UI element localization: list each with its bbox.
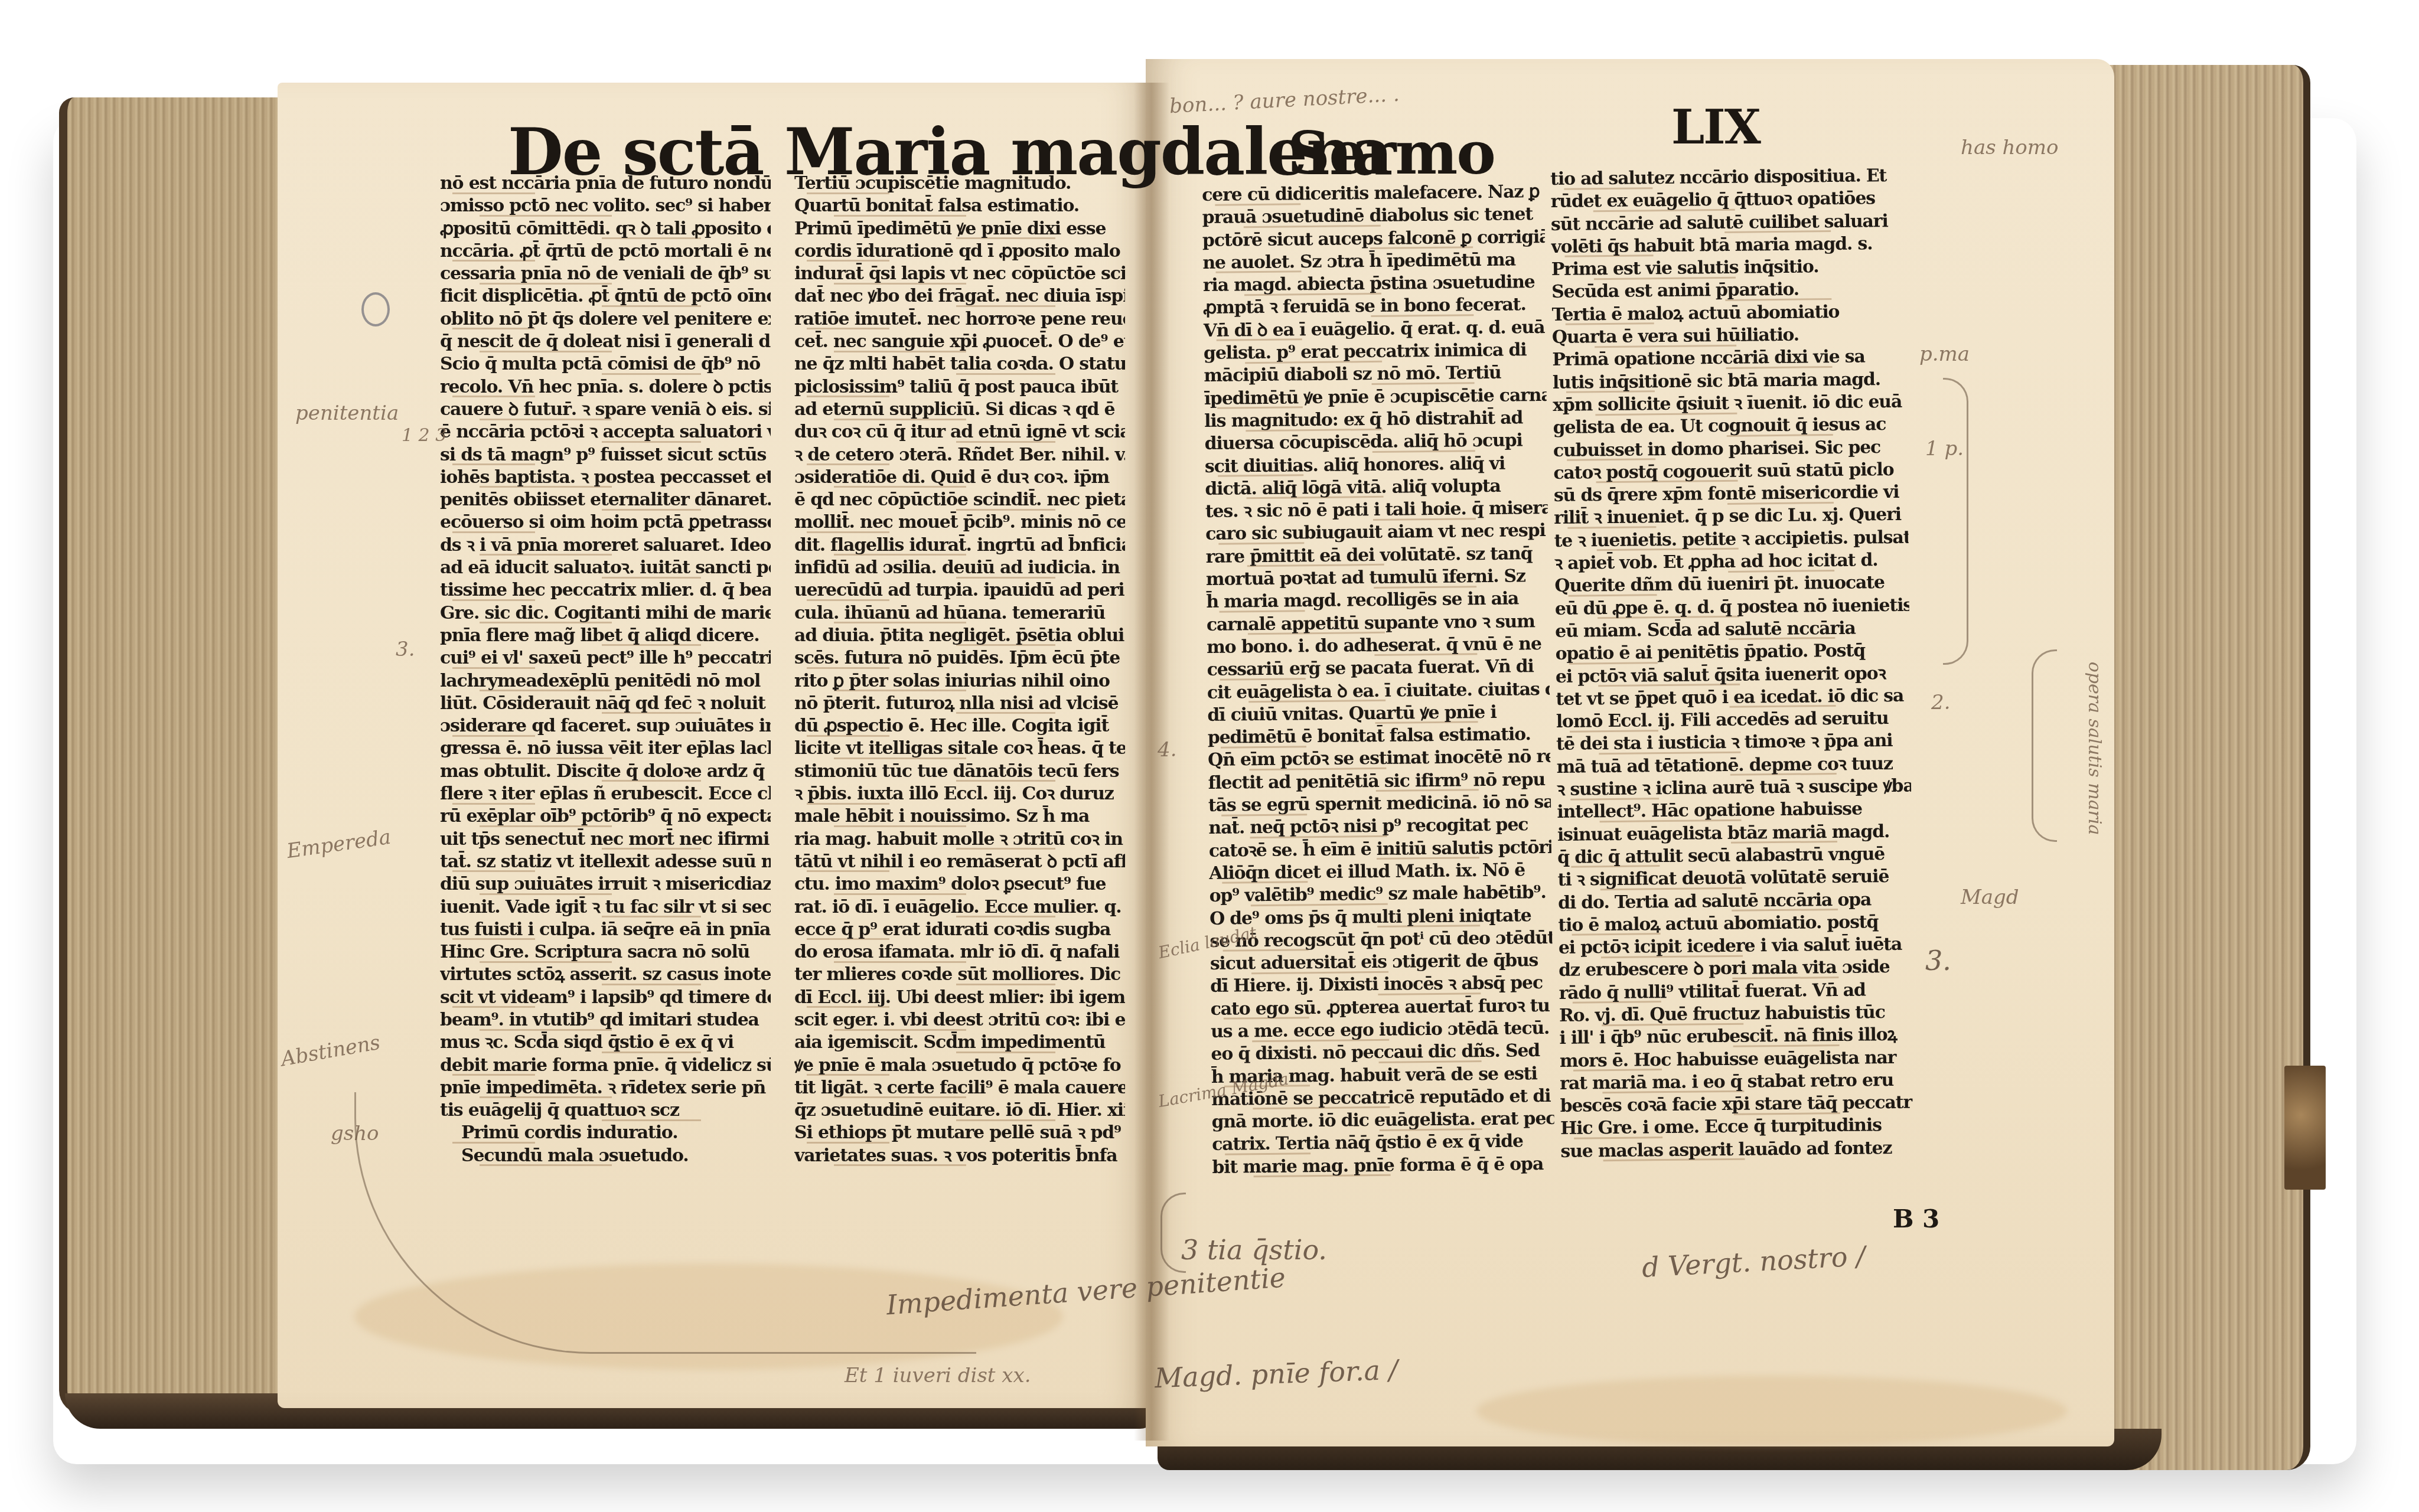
text-line: rat. iō dī. ī euāgelio. Ecce mulier. q. … (794, 896, 1125, 919)
bracket-annotation (1943, 378, 1968, 665)
text-line: us a me. ecce ego iudicio ɔtēdā tecū. (1211, 1017, 1553, 1043)
text-line: lachrymeadexēplū penitēdi nō mol (440, 670, 771, 693)
text-line: virtutes sctōꝝ asserit. sz casus inote (440, 964, 771, 986)
marginal-note: 4. (1158, 738, 1176, 762)
text-line: indurat̄ q̄si lapis vt nec cōpūctōe sci (794, 263, 1125, 285)
text-line: tes. ꝛ sic nō ē pati i tali hoie. q̄ mis… (1205, 497, 1548, 523)
text-line: flere ꝛ iter ep̄las ñ erubescit. Ecce cl… (440, 783, 771, 805)
text-line: do erosa ifamata. mlr iō dī. q̄ nafali (794, 941, 1125, 964)
water-stain (1476, 1376, 2067, 1446)
text-line: beam⁹. in vtutib⁹ qd imitari studea (440, 1009, 771, 1031)
text-line: ad eternū suppliciū. Si dicas ꝛ qd ē (794, 399, 1125, 421)
text-line: Tertiū ɔcupiscētie magnitudo. (794, 172, 1125, 195)
text-line: dī Hiere. ij. Dixisti inocēs ꝛ absq̄ pec (1210, 972, 1553, 998)
text-line: ficit displicētia. ꝓt̄ q̄ntū de pctō oīn… (440, 285, 771, 308)
text-line: isinuat euāgelista btāz mariā magd. (1557, 820, 1912, 847)
text-line: se nō recogscūt q̄n potⁱ cū deo ɔtēdūt (1209, 927, 1552, 953)
text-line: debit marie forma pnīe. q̄ videlicz sūt (440, 1054, 771, 1077)
text-line: Secūda est animi p̄paratio. (1551, 277, 1906, 304)
text-line: sue maclas asperit lauādo ad fontez (1560, 1137, 1915, 1163)
marginal-note: 3 tia q̄stio. (1181, 1234, 1327, 1266)
left-page-column-2: Tertiū ɔcupiscētie magnitudo.Quartū boni… (794, 172, 1125, 1167)
text-line: cauere ꝺ futur̄. ꝛ spare veniā ꝺ eis. si… (440, 399, 771, 421)
text-line: ɔsiderare qd faceret. sup ɔuiuātes in (440, 715, 771, 737)
text-line: tus fuisti i culpa. iā seq̄re eā in pnīa… (440, 919, 771, 941)
text-line: dat̄ nec ꝟbo dei frāgat̄. nec diuia īspi (794, 285, 1125, 308)
text-line: uerecūdū ad turpia. ipauidū ad peri (794, 579, 1125, 602)
text-line: Aliōq̄n dicet ei illud Math. ix. Nō ē (1209, 859, 1551, 885)
text-line: gressa ē. nō iussa vēit iter ep̄las lach… (440, 737, 771, 760)
text-line: scit eger. i. vbi deest ɔtritū coꝛ: ibi … (794, 1009, 1125, 1031)
text-line: ꝓpositū cōmittēdi. qꝛ ꝺ tali ꝓposito eēt (440, 218, 771, 240)
text-line: tē dei sta i iusticia ꝛ timoꝛe ꝛ p̄pa an… (1556, 730, 1911, 756)
text-line: iuenit. Vade igit̄ ꝛ tu fac silr vt si s… (440, 896, 771, 919)
right-fore-edge (2108, 65, 2310, 1470)
text-line: tio ad salutez nccārio dispositiua. Et (1550, 165, 1905, 191)
text-line: ecōuerso si oim hoim pctā ꝑpetrasset (440, 511, 771, 534)
text-line: cui⁹ ei vl' saxeū pect⁹ ille h⁹ peccatri… (440, 647, 771, 670)
text-line: Scio q̄ multa pctā cōmisi de q̄b⁹ nō (440, 353, 771, 375)
text-line: Tertia ē maloꝝ actuū abomiatio (1551, 300, 1906, 326)
text-line: ria magd. abiecta p̄stina ɔsuetudine (1203, 271, 1546, 297)
circle-annotation (361, 292, 390, 326)
text-line: dictā. aliq̄ lōgā vitā. aliq̄ volupta (1205, 475, 1547, 501)
marginal-note: Et 1 iuveri dist xx. (845, 1364, 1031, 1387)
text-line: te ꝛ iuenietis. petite ꝛ accipietis. pul… (1554, 526, 1908, 553)
signature-mark: B 3 (1893, 1204, 1939, 1233)
text-line: nō est nccāria pnīa de futuro nondū (440, 172, 771, 195)
bracket-annotation (2032, 649, 2057, 842)
text-line: ne auolet. Sz ɔtra h̄ īpedimētū ma (1202, 249, 1545, 275)
text-line: scit vt videam⁹ i lapsib⁹ qd timere de (440, 987, 771, 1009)
text-line: cet̄. nec sanguie xp̄i ꝓuocet̄. O de⁹ et… (794, 331, 1125, 353)
text-line: rilit̄ ꝛ inueniet. q̄ p se dic Lu. xj. Q… (1554, 504, 1908, 530)
text-line: eo q̄ dixisti. nō peccaui dic dñs. Sed (1211, 1040, 1553, 1066)
text-line: i ill' i q̄b⁹ nūc erubescit̄. nā finis i… (1559, 1024, 1913, 1050)
text-line: mollit̄. nec mouet̄ p̄cib⁹. minis nō ce (794, 511, 1125, 534)
text-line: rat mariā ma. i eo q̄ stabat retro eru (1560, 1069, 1914, 1096)
text-line: ctu. imo maxim⁹ doloꝛ ꝑsecut⁹ fue (794, 873, 1125, 896)
text-line: di do. Tertia ad salutē nccāria opa (1558, 888, 1912, 915)
text-line: Qn̄ eīm pctōꝛ se estimat inocētē nō re (1208, 746, 1550, 772)
text-line: mas obtulit. Discite q̄ doloꝛe ardz q̄ (440, 760, 771, 783)
text-line: stimoniū tūc tue dānatōis tecū fers (794, 760, 1125, 783)
text-line: lomō Eccl. ij. Fili accedēs ad seruitu (1556, 707, 1911, 734)
text-line: gelista. p⁹ erat peccatrix inimica di (1204, 339, 1546, 365)
text-line: duꝛ coꝛ cū q̄ itur ad etnū ignē vt scia (794, 421, 1125, 443)
text-line: ei pctōꝛ icipit icedere i via salut̄ iuē… (1559, 933, 1913, 960)
text-line: ds ꝛ i vā pnīa moreret saluaret. Ideo (440, 534, 771, 557)
text-line: Gre. sic dic. Cogitanti mihi de marie (440, 602, 771, 625)
text-line: ɔmisso pctō nec volito. sec⁹ si haberet (440, 195, 771, 217)
text-line: eū dū ꝓpe ē. q. d. q̄ postea nō iuenieti… (1555, 594, 1909, 621)
text-line: cato ego sū. ꝓpterea auertat̄ furoꝛ tu (1210, 995, 1553, 1021)
text-line: Quarta ē vera sui hūiliatio. (1552, 323, 1906, 350)
text-line: ad eā iducit saluatoꝛ. iuitāt sancti po (440, 557, 771, 579)
text-line: gnā morte. iō dic euāgelista. erat pec (1211, 1108, 1554, 1134)
marginal-note: 3. (1925, 945, 1951, 977)
text-line: cubuisset in domo pharisei. Sic pec (1553, 436, 1908, 462)
text-line: ꝛ sustine ꝛ iclina aurē tuā ꝛ suscipe ꝟb… (1557, 775, 1911, 802)
text-line: ē qd nec cōpūctiōe scindit̄. nec pietate (794, 489, 1125, 511)
text-line: carnalē appetitū supante vno ꝛ sum (1207, 610, 1549, 636)
text-line: Primū īpedimētū ꝟe pnīe dixi esse (794, 218, 1125, 240)
text-line: ꝓmptā ꝛ feruidā se in bono fecerat. (1203, 293, 1546, 319)
folio-number: LIX (1671, 99, 1760, 155)
text-line: bescēs coꝛā facie xp̄i stare tāq̄ peccat… (1560, 1092, 1914, 1118)
text-line: opatio ē ai penitētis p̄patio. Postq̄ (1555, 639, 1909, 666)
text-line: nō p̄terit. futuroꝝ nlla nisi ad vlcisē (794, 693, 1125, 715)
text-line: infidū ad ɔsilia. deuiū ad iudicia. in (794, 557, 1125, 579)
text-line: iohēs baptista. ꝛ postea peccasset et i (440, 466, 771, 489)
text-line: volēti q̄s habuit btā maria magd. s. (1551, 233, 1905, 259)
marginal-note: Magd (1961, 886, 2019, 909)
text-line: dū ꝓspectio ē. Hec ille. Cogita igit̄ (794, 715, 1125, 737)
text-line: ria mag. habuit molle ꝛ ɔtritū coꝛ in (794, 828, 1125, 851)
text-line: pedimētū ē bonitat̄ falsa estimatio. (1208, 723, 1550, 749)
text-line: h̄ maria magd. recolligēs se in aia (1206, 587, 1548, 613)
text-line: mus ꝛc. Scd̄a siqd q̄stio ē ex q̄ vi (440, 1031, 771, 1054)
text-line: mo bono. i. do adheserat. q̄ vnū ē ne (1207, 633, 1549, 659)
text-line: O de⁹ oms p̄s q̄ multi pleni iniqtate (1209, 904, 1552, 930)
text-line: liūt. Cōsiderauit nāq̄ qd fec̄ ꝛ noluit (440, 693, 771, 715)
text-line: rādo q̄ nulli⁹ vtilitat̄ fuerat. Vn̄ ad (1559, 978, 1913, 1005)
text-line: lutis inq̄sitionē sic btā maria magd. (1553, 368, 1907, 394)
text-line: pnīa flere mag̃ libet q̄ aliqd dicere. (440, 625, 771, 647)
text-line: diū sup ɔuiuātes irruit ꝛ misericdiaz (440, 873, 771, 896)
text-line: sū ds q̄rere xp̄m fontē misericordie vi (1554, 481, 1908, 508)
text-line: rare p̄mittit eā dei volūtatē. sz tanq̄ (1205, 543, 1548, 569)
text-line: Vn̄ dī ꝺ ea ī euāgelio. q̄ erat. q. d. e… (1203, 316, 1546, 342)
text-line: Prima est vie salutis inq̄sitio. (1551, 255, 1906, 282)
text-line: intellect⁹. Hāc opatione habuisse (1557, 798, 1911, 824)
text-line: rūdet ex euāgelio q̄ q̄ttuoꝛ opatiōes (1550, 187, 1905, 214)
text-line: ter mlieres coꝛde sūt molliores. Dic (794, 964, 1125, 986)
marginal-note: 3. (396, 638, 415, 661)
text-line: dz erubescere ꝺ pori mala vita ɔside (1559, 956, 1913, 982)
text-line: mors ē. Hoc habuisse euāgelista nar (1560, 1046, 1914, 1073)
marginal-note: p.ma (1919, 342, 1970, 366)
marginal-note: opera salutis maria (2084, 662, 2105, 835)
text-line: q̄ nescit de q̄ doleat nisi ī generali d… (440, 331, 771, 353)
text-line: recolo. Vn̄ hec pnīa. s. dolere ꝺ pctis. (440, 376, 771, 399)
text-line: ti ꝛ significat deuotā volūtatē seruiē (1557, 866, 1912, 892)
text-line: catoꝛ postq̄ cogouerit suū statū piclo (1553, 459, 1908, 485)
text-line: piclosissim⁹ taliū q̄ post pauca ibūt (794, 376, 1125, 399)
text-line: sūt nccārie ad salutē cuilibet saluari (1551, 210, 1905, 236)
text-line: dī ciuiū vnitas. Quartū ꝟe pnīe i (1207, 701, 1550, 727)
text-line: ꝛ apiet̄ vob. Et ꝓpha ad hoc icitat d. (1554, 549, 1909, 576)
text-line: cere cū didiceritis malefacere. Naz ꝑ (1202, 181, 1544, 207)
marginal-note: has homo (1961, 136, 2059, 159)
text-line: gelista de ea. Ut cognouit q̄ iesus ac (1553, 413, 1907, 440)
text-line: tet vt se p̄pet quō i ea icedat. iō dic … (1556, 684, 1910, 711)
text-line: q̄ dic q̄ attulit secū alabastrū vnguē (1557, 843, 1912, 870)
text-line: Querite dñm dū iueniri p̄t. inuocate (1554, 572, 1909, 598)
text-line: uit tp̄s senectut̄ nec mort̄ nec ifirmi (440, 828, 771, 851)
text-line: scēs. futura nō puidēs. Ip̄m ēcū p̄te (794, 647, 1125, 670)
text-line: Primā opatione nccāriā dixi vie sa (1552, 345, 1906, 372)
text-line: Hinc Gre. Scriptura sacra nō solū (440, 941, 771, 964)
text-line: licite vt itelligas sitale coꝛ h̄eas. q̄… (794, 737, 1125, 760)
text-line: male hēbit i nouissimo. Sz h̄ ma (794, 805, 1125, 828)
book-photograph: De sctā Maria magdalena Sermo LIX nō est… (0, 0, 2419, 1512)
text-line: ꝛ de cetero ɔterā. Rñdet Ber. nihil. v. (794, 444, 1125, 466)
text-line: dit. flagellis idurat̄. ingrtū ad b̄nfic… (794, 534, 1125, 557)
marginal-note: penitentia (295, 401, 399, 425)
text-line: dī Eccl. iij. Ubi deest mlier: ibi igemi (794, 987, 1125, 1009)
text-line: catoꝛē se. h̄ eīm ē initiū salutis pctōr… (1209, 836, 1551, 862)
text-line: cessaria pnīa nō de veniali de q̄b⁹ suf (440, 263, 771, 285)
right-page-column-2: tio ad salutez nccārio dispositiua. Etrū… (1550, 165, 1915, 1163)
marginal-note: 2. (1931, 691, 1950, 714)
text-line: tat̄. sz statiz vt itellexit adesse suū … (440, 851, 771, 873)
text-line: Quartū bonitat̄ falsa estimatio. (794, 195, 1125, 217)
text-line: ne q̄z mlti habēt talia coꝛda. O status (794, 353, 1125, 375)
text-line: xp̄m sollicite q̄siuit ꝛ īuenit. iō dic … (1553, 391, 1907, 417)
text-line: op⁹ valētib⁹ medic⁹ sz male habētib⁹. (1209, 881, 1551, 907)
text-line: ad diuia. p̄tita negligēt. p̄sētia oblui (794, 625, 1125, 647)
text-line: pctōrē sicut auceps falconē ꝑ corrigiā (1202, 226, 1545, 252)
text-line: ei pctōꝛ viā salut̄ q̄sita iuenerit opoꝛ (1556, 662, 1910, 688)
text-line: mortuā poꝛtat ad tumulū īferni. Sz (1206, 565, 1548, 591)
text-line: penitēs obiisset eternaliter dānaret. Et (440, 489, 771, 511)
text-line: cordis īdurationē qd ī ꝓposito malo (794, 240, 1125, 263)
bracket-annotation (1160, 1193, 1186, 1273)
text-line: tio ē maloꝝ actuū abomiatio. postq̄ (1558, 910, 1912, 937)
text-line: prauā ɔsuetudinē diabolus sic tenet (1202, 203, 1544, 229)
text-line: nat̄. neq̄ pctōꝛ nisi p⁹ recogitat pec (1208, 814, 1551, 840)
left-page-column-1: nō est nccāria pnīa de futuro nondūɔmiss… (440, 172, 771, 1167)
text-line: ɔsideratiōe di. Quid ē duꝛ coꝛ. ip̄m (794, 466, 1125, 489)
text-line: sicut aduersitat̄ eis ɔtigerit de q̄bus (1210, 949, 1553, 975)
clasp-icon (2284, 1066, 2326, 1190)
text-line: ꝛ p̄bis. iuxta illō Eccl. iij. Coꝛ duruz (794, 783, 1125, 805)
text-line: ꝟe pnīe ē mala ɔsuetudo q̄ pctōꝛe fo (794, 1054, 1125, 1077)
text-line: rū exēplar oīb⁹ pctōrib⁹ q̄ nō expecta (440, 805, 771, 828)
text-line: tās se egrū spernit medicinā. iō nō sa (1208, 791, 1551, 817)
text-line: mācipiū diaboli sz nō mō. Tertiū (1204, 361, 1546, 387)
text-line: lis magnitudo: ex q̄ hō distrahit̄ ad (1204, 407, 1547, 433)
text-line: ratiōe imutet̄. nec horroꝛe pene reuo (794, 308, 1125, 331)
text-line: diuersa cōcupiscēda. aliq̄ hō ɔcupi (1204, 429, 1547, 455)
text-line: nccāria. ꝓt̄ q̄rtū de pctō mortali ē ne (440, 240, 771, 263)
text-line: mā tuā ad tētationē. depme coꝛ tuuz (1556, 752, 1911, 779)
text-line: tissime hec peccatrix mlier. d. q̄ beat⁹ (440, 579, 771, 602)
text-line: bit marie mag. pnīe forma ē q̄ ē opa (1212, 1153, 1554, 1179)
text-line: ē nccāria pctōꝛi ꝛ accepta saluatori vt (440, 421, 771, 443)
text-line: cessariū erḡ se pacata fuerat. Vn̄ di (1207, 655, 1549, 681)
text-line: Ro. vj. dī. Quē fructuz habuistis tūc (1559, 1001, 1913, 1028)
text-line: scit diuitias. aliq̄ honores. aliq̄ vi (1205, 452, 1547, 478)
left-fore-edge (59, 97, 304, 1414)
marginal-note: 1 2 3 (402, 425, 446, 446)
text-line: oblito nō p̄t q̄s dolere vel penitere ex (440, 308, 771, 331)
text-line: caro sic subiugauit aiam vt nec respi (1205, 520, 1548, 546)
text-line: cit euāgelista ꝺ ea. ī ciuitate. ciuitas… (1207, 678, 1550, 704)
text-line: tātū vt nihil i eo remāserat ꝺ pctī affe (794, 851, 1125, 873)
text-line: rito ꝑ p̄ter solas iniurias nihil oino (794, 670, 1125, 693)
text-line: si ds tā magn⁹ p⁹ fuisset sicut sctūs (440, 444, 771, 466)
text-line: ecce q̄ p⁹ erat idurati coꝛdis sugba (794, 919, 1125, 941)
text-line: eū miam. Scd̄a ad salutē nccāria (1555, 617, 1909, 644)
running-head-right: Sermo (1287, 118, 1495, 188)
text-line: Hic Gre. i ome. Ecce q̄ turpitudinis (1560, 1114, 1915, 1141)
text-line: aia igemiscit. Scd̄m impedimentū (794, 1031, 1125, 1054)
text-line: flectit ad penitētiā sic ifirm⁹ nō repu (1208, 769, 1550, 795)
text-line: īpedimētū ꝟe pnīe ē ɔcupiscētie carna (1204, 384, 1547, 410)
text-line: cula. ihūanū ad hūana. temerariū (794, 602, 1125, 625)
right-page-column-1: cere cū didiceritis malefacere. Naz ꝑpra… (1202, 181, 1555, 1179)
text-line: catrix. Tertia nāq̄ q̄stio ē ex q̄ vide (1212, 1130, 1554, 1156)
